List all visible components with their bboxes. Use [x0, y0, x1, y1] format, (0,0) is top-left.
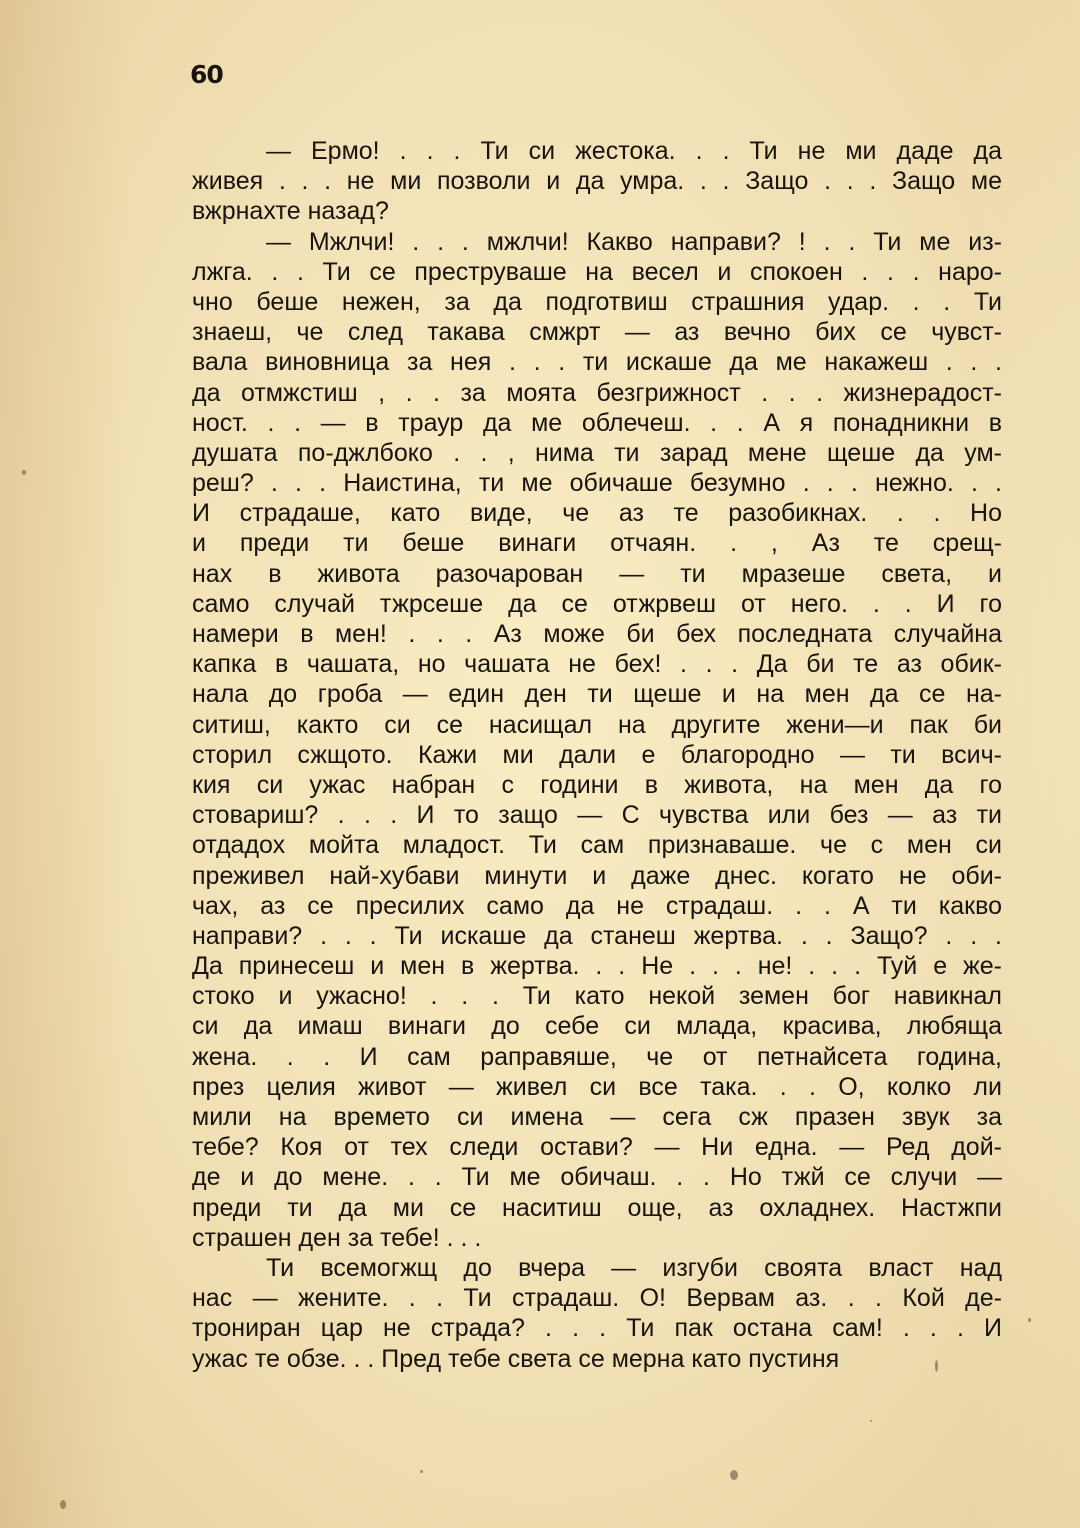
text-line: направи? . . . Ти искаше да станеш жертв… [192, 921, 1002, 951]
text-line: — Мжлчи! . . . мжлчи! Какво направи? ! .… [192, 227, 1002, 257]
text-line: отдадох мойта младост. Ти сам признаваше… [192, 830, 1002, 860]
text-line: нас — жените. . . Ти страдаш. О! Вервам … [192, 1283, 1002, 1313]
body-text: — Ермо! . . . Ти си жестока. . . Ти не м… [192, 136, 1002, 1374]
text-line: да отмжстиш , . . за моята безгрижност .… [192, 378, 1002, 408]
paragraph: — Ермо! . . . Ти си жестока. . . Ти не м… [192, 136, 1002, 227]
text-line: душата по-джлбоко . . , нима ти зарад ме… [192, 438, 1002, 468]
text-line: сторил сжщото. Кажи ми дали е благородно… [192, 740, 1002, 770]
paragraph: Ти всемогжщ до вчера — изгуби своята вла… [192, 1253, 1002, 1374]
text-line: нах в живота разочарован — ти мразеше св… [192, 559, 1002, 589]
text-line: лжга. . . Ти се преструваше на весел и с… [192, 257, 1002, 287]
text-line: — Ермо! . . . Ти си жестока. . . Ти не м… [192, 136, 1002, 166]
text-line: страшен ден за тебе! . . . [192, 1223, 1002, 1253]
text-line: преживел най-хубави минути и даже днес. … [192, 861, 1002, 891]
paragraph: — Мжлчи! . . . мжлчи! Какво направи? ! .… [192, 227, 1002, 1253]
paper-speck [935, 1360, 938, 1372]
text-line: живея . . . не ми позволи и да умра. . .… [192, 166, 1002, 196]
text-line: нала до гроба — един ден ти щеше и на ме… [192, 679, 1002, 709]
text-line: вала виновница за нея . . . ти искаше да… [192, 347, 1002, 377]
paper-speck [730, 1470, 738, 1480]
text-line: чах, аз се пресилих само да не страдаш. … [192, 891, 1002, 921]
paper-speck [60, 1500, 66, 1509]
text-line: ужас те обзе. . . Пред тебе света се мер… [192, 1344, 1002, 1374]
text-line: си да имаш винаги до себе си млада, крас… [192, 1011, 1002, 1041]
text-line: жена. . . И сам раправяше, че от петнайс… [192, 1042, 1002, 1072]
text-line: вжрнахте назад? [192, 196, 1002, 226]
text-line: тебе? Коя от тех следи остави? — Ни една… [192, 1132, 1002, 1162]
text-line: мили на времето си имена — сега сж празе… [192, 1102, 1002, 1132]
text-line: стовариш? . . . И то защо — С чувства ил… [192, 800, 1002, 830]
text-line: знаеш, че след такава смжрт — аз вечно б… [192, 317, 1002, 347]
text-line: стоко и ужасно! . . . Ти като некой земе… [192, 981, 1002, 1011]
text-line: чно беше нежен, за да подготвиш страшния… [192, 287, 1002, 317]
text-line: ситиш, както си се насищал на другите же… [192, 710, 1002, 740]
page-number: 60 [190, 60, 223, 89]
text-line: И страдаше, като виде, че аз те разобикн… [192, 498, 1002, 528]
text-line: намери в мен! . . . Аз може би бех после… [192, 619, 1002, 649]
text-line: и преди ти беше винаги отчаян. . , Аз те… [192, 528, 1002, 558]
text-line: ност. . . — в траур да ме облечеш. . . А… [192, 408, 1002, 438]
text-line: Ти всемогжщ до вчера — изгуби своята вла… [192, 1253, 1002, 1283]
text-line: кия си ужас набран с години в живота, на… [192, 770, 1002, 800]
paper-speck [870, 1420, 872, 1422]
text-line: през целия живот — живел си все така. . … [192, 1072, 1002, 1102]
text-line: Да принесеш и мен в жертва. . . Не . . .… [192, 951, 1002, 981]
text-line: капка в чашата, но чашата не бех! . . . … [192, 649, 1002, 679]
text-line: само случай тжрсеше да се отжрвеш от нег… [192, 589, 1002, 619]
text-line: де и до мене. . . Ти ме обичаш. . . Но т… [192, 1162, 1002, 1192]
paper-speck [1028, 1318, 1031, 1322]
paper-speck [420, 1470, 423, 1473]
text-line: преди ти да ми се наситиш още, аз охладн… [192, 1193, 1002, 1223]
text-line: трониран цар не страда? . . . Ти пак ост… [192, 1313, 1002, 1343]
paper-speck [22, 470, 26, 475]
text-line: реш? . . . Наистина, ти ме обичаше безум… [192, 468, 1002, 498]
